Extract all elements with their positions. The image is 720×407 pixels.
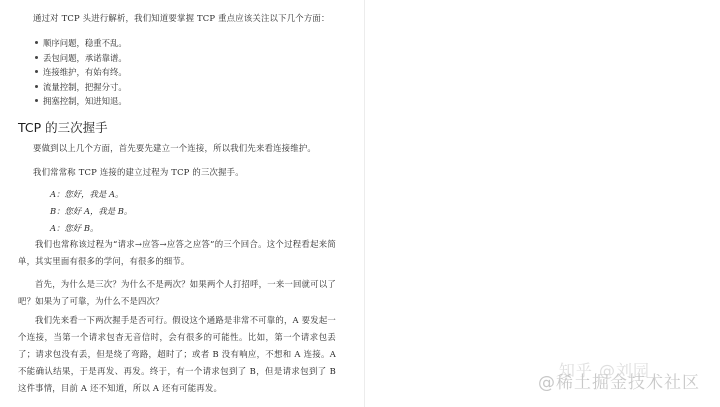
list-item: 流量控制，把握分寸。 — [33, 80, 127, 95]
paragraph: 我们先来看一下两次握手是否可行。假设这个通路是非常不可靠的，A 要发起一个连接，… — [18, 312, 336, 397]
left-page: 通过对 TCP 头进行解析，我们知道要掌握 TCP 重点应该关注以下几个方面： … — [0, 0, 364, 407]
watermark: 知乎 @刘园 @稀土掘金技术社区 — [538, 368, 700, 393]
paragraph: 要做到以上几个方面，首先要先建立一个连接，所以我们先来看连接维护。 — [33, 140, 353, 157]
list-item: 丢包问题，承诺靠谱。 — [33, 51, 127, 66]
book-spread: 通过对 TCP 头进行解析，我们知道要掌握 TCP 重点应该关注以下几个方面： … — [0, 0, 720, 407]
bullet-icon — [35, 41, 38, 44]
bullet-icon — [35, 85, 38, 88]
section-heading: TCP 的三次握手 — [18, 118, 108, 136]
list-item: 拥塞控制，知进知退。 — [33, 94, 127, 109]
bullet-icon — [35, 70, 38, 73]
list-item: 顺序问题，稳重不乱。 — [33, 36, 127, 51]
focus-points-list: 顺序问题，稳重不乱。 丢包问题，承诺靠谱。 连接维护，有始有终。 流量控制，把握… — [33, 36, 127, 109]
handshake-dialog: A：您好，我是 A。 B：您好 A，我是 B。 A：您好 B。 — [50, 186, 132, 237]
watermark-secondary: 知乎 @刘园 — [559, 358, 650, 381]
dialog-line-a2: A：您好 B。 — [50, 220, 132, 237]
paragraph: 我们常常称 TCP 连接的建立过程为 TCP 的三次握手。 — [33, 164, 353, 181]
bullet-icon — [35, 56, 38, 59]
right-page: B 收到了请求包，就知道了 A 的存在，并且知道 A 要和它建立连接。如果 B … — [364, 0, 720, 407]
paragraph: 首先，为什么是三次？为什么不是两次？如果两个人打招呼，一来一回就可以了吧？如果为… — [18, 276, 336, 310]
list-item: 连接维护，有始有终。 — [33, 65, 127, 80]
dialog-line-b: B：您好 A，我是 B。 — [50, 203, 132, 220]
paragraph: 我们也常称该过程为“请求→应答→应答之应答”的三个回合。这个过程看起来简单，其实… — [18, 236, 336, 270]
intro-text: 通过对 TCP 头进行解析，我们知道要掌握 TCP 重点应该关注以下几个方面： — [33, 10, 353, 27]
bullet-icon — [35, 99, 38, 102]
dialog-line-a: A：您好，我是 A。 — [50, 186, 132, 203]
